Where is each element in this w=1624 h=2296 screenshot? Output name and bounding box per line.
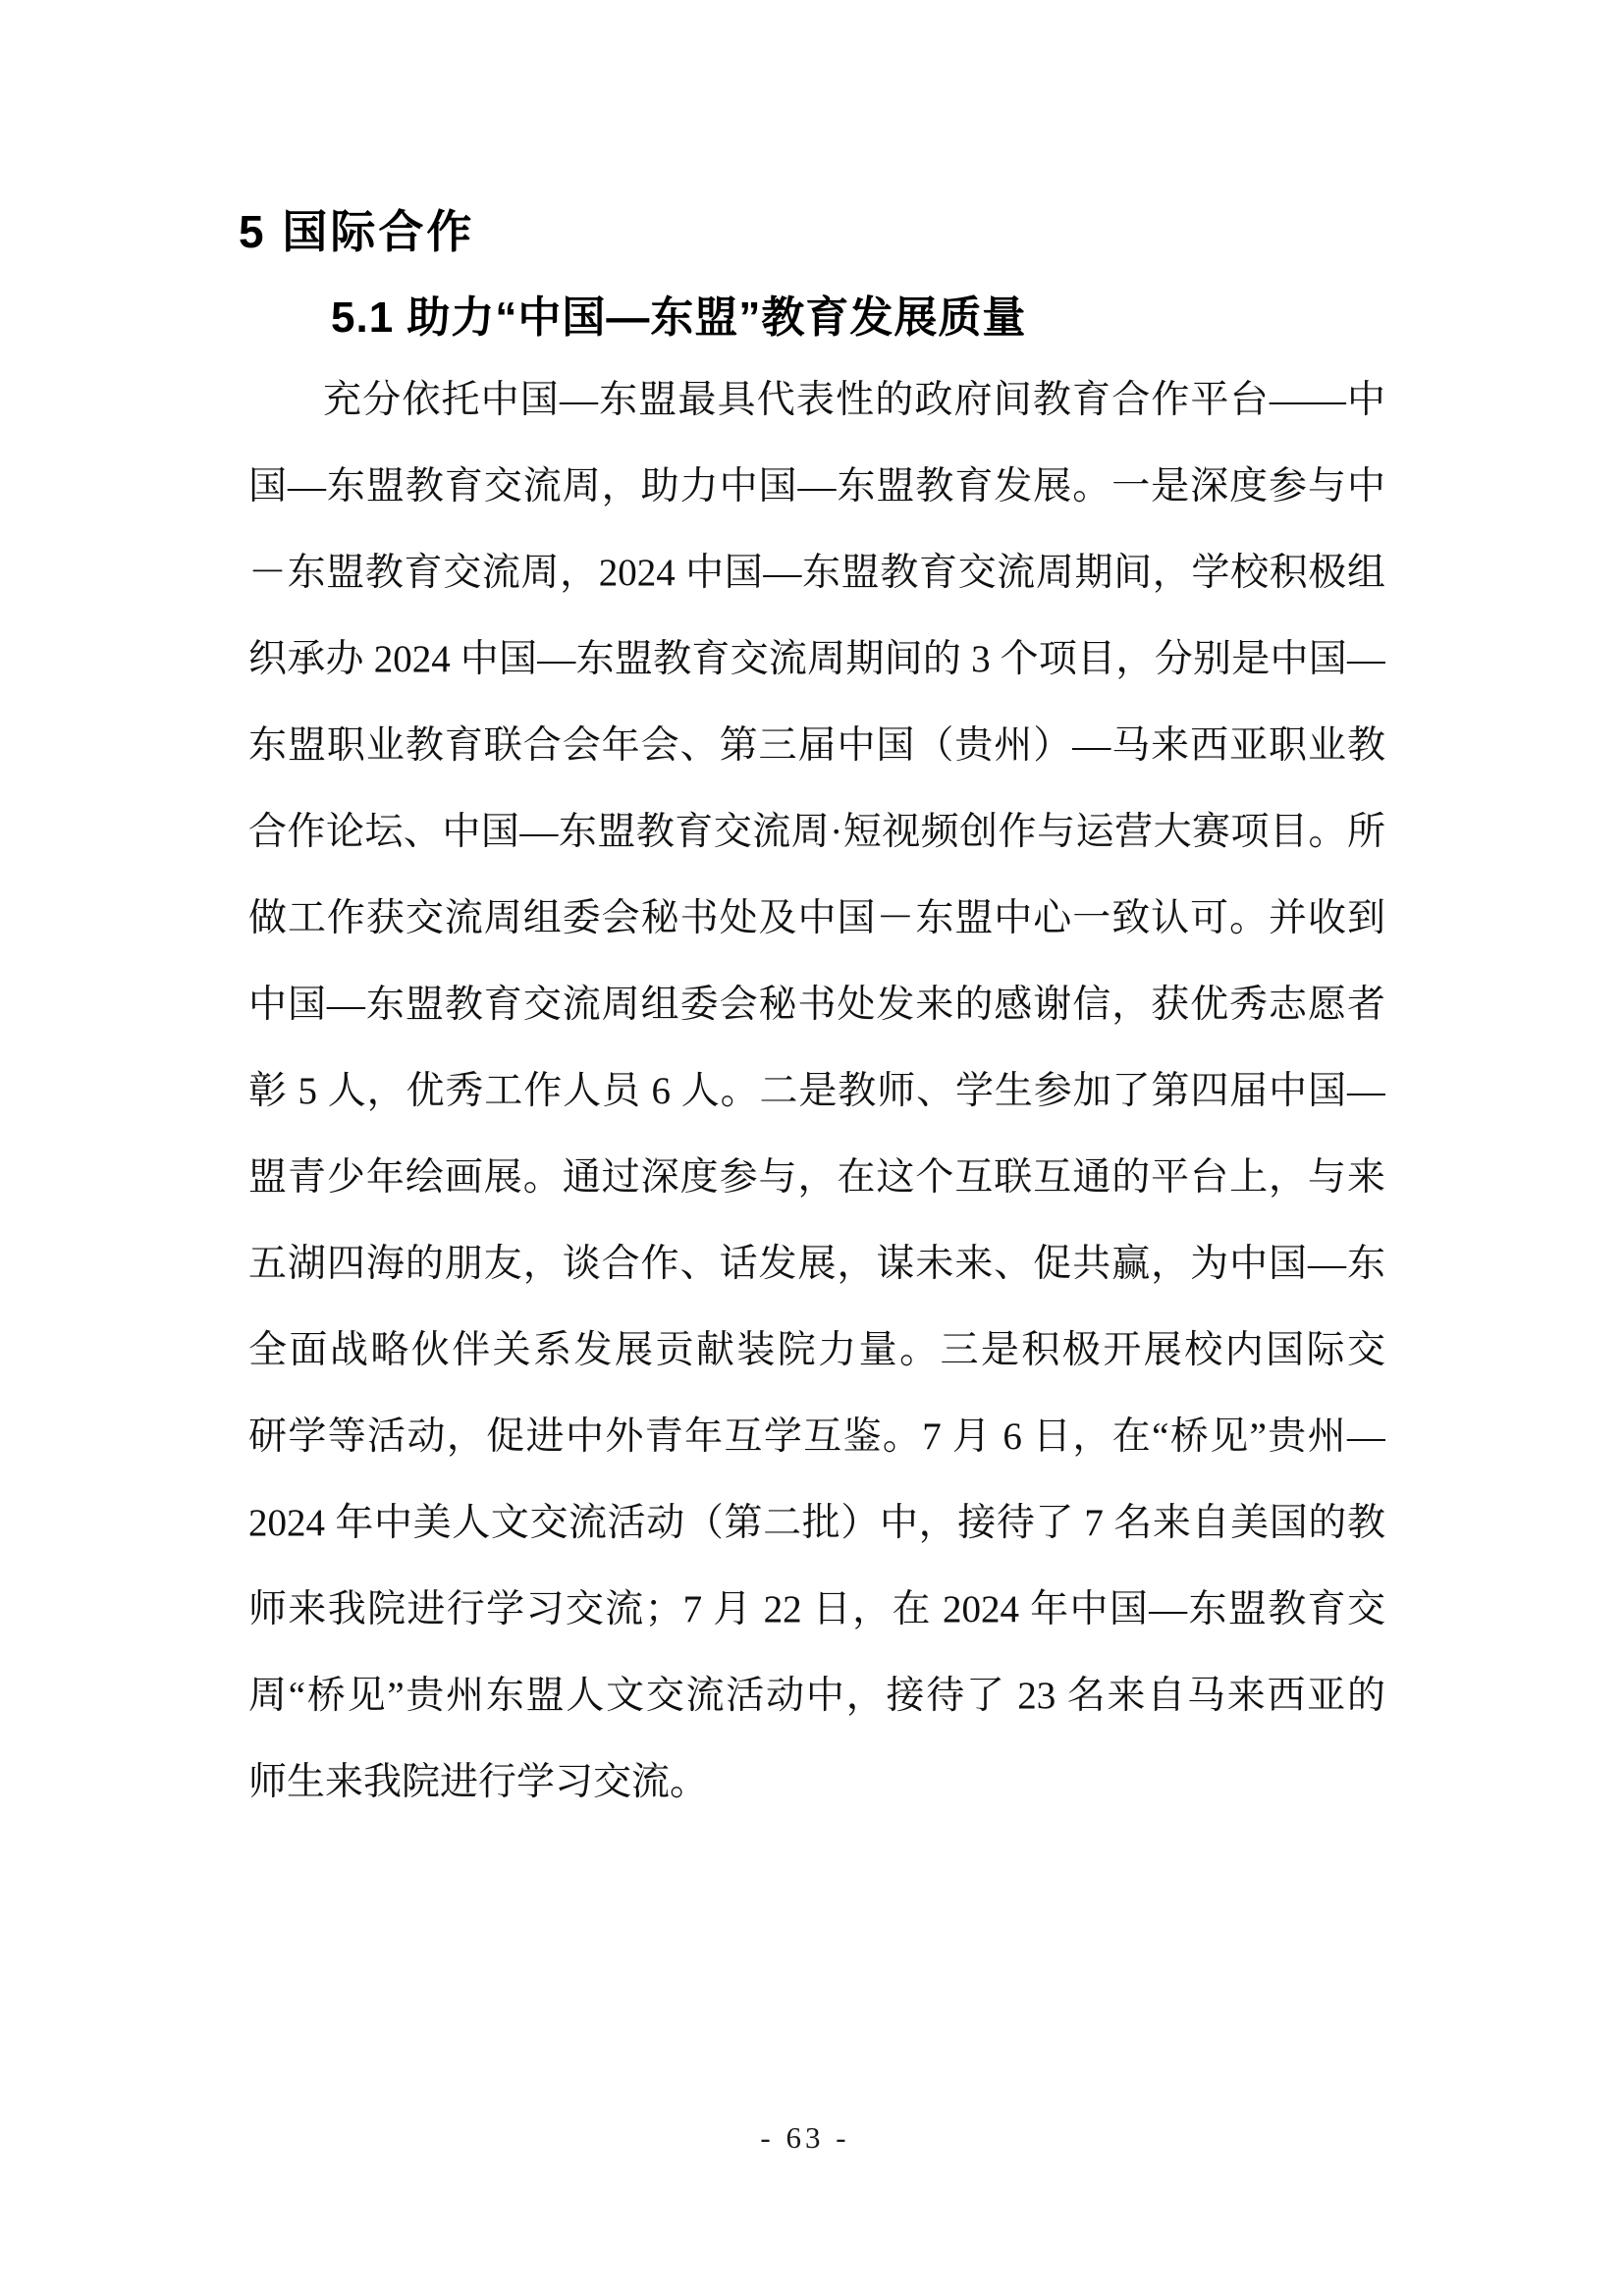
paragraph-line: 做工作获交流周组委会秘书处及中国－东盟中心一致认可。并收到由 bbox=[248, 876, 1385, 962]
paragraph-line: 东盟职业教育联合会年会、第三届中国（贵州）—马来西亚职业教育 bbox=[248, 703, 1385, 789]
paragraph-line: 师来我院进行学习交流；7 月 22 日，在 2024 年中国—东盟教育交流 bbox=[248, 1567, 1385, 1653]
paragraph-line: 合作论坛、中国—东盟教育交流周·短视频创作与运营大赛项目。所 bbox=[248, 789, 1385, 876]
paragraph-line: 充分依托中国—东盟最具代表性的政府间教育合作平台——中 bbox=[248, 357, 1385, 444]
paragraph-line: 五湖四海的朋友，谈合作、话发展，谋未来、促共赢，为中国—东盟 bbox=[248, 1221, 1385, 1308]
paragraph-line: 2024 年中美人文交流活动（第二批）中，接待了 7 名来自美国的教 bbox=[248, 1480, 1385, 1567]
paragraph-line: 国—东盟教育交流周，助力中国—东盟教育发展。一是深度参与中国 bbox=[248, 444, 1385, 530]
section-heading: 5 国际合作 bbox=[239, 206, 474, 257]
paragraph-line: 研学等活动，促进中外青年互学互鉴。7 月 6 日，在“桥见”贵州— bbox=[248, 1394, 1385, 1480]
paragraph-line: 彰 5 人，优秀工作人员 6 人。二是教师、学生参加了第四届中国—东 bbox=[248, 1048, 1385, 1135]
paragraph-line: 中国—东盟教育交流周组委会秘书处发来的感谢信，获优秀志愿者表 bbox=[248, 962, 1385, 1048]
paragraph-line: 盟青少年绘画展。通过深度参与，在这个互联互通的平台上，与来自 bbox=[248, 1135, 1385, 1221]
paragraph-line: 织承办 2024 中国—东盟教育交流周期间的 3 个项目，分别是中国— bbox=[248, 616, 1385, 703]
paragraph-line: 周“桥见”贵州东盟人文交流活动中，接待了 23 名来自马来西亚的 bbox=[248, 1653, 1385, 1739]
paragraph-line: 全面战略伙伴关系发展贡献装院力量。三是积极开展校内国际交流、 bbox=[248, 1308, 1385, 1394]
paragraph-line: －东盟教育交流周，2024 中国—东盟教育交流周期间，学校积极组 bbox=[248, 530, 1385, 616]
subsection-heading: 5.1 助力“中国—东盟”教育发展质量 bbox=[331, 291, 1026, 346]
page-number: - 63 - bbox=[0, 2120, 1610, 2156]
document-page: 5 国际合作 5.1 助力“中国—东盟”教育发展质量 充分依托中国—东盟最具代表… bbox=[0, 0, 1624, 2296]
paragraph-line: 师生来我院进行学习交流。 bbox=[248, 1739, 1385, 1826]
body-paragraph: 充分依托中国—东盟最具代表性的政府间教育合作平台——中国—东盟教育交流周，助力中… bbox=[248, 357, 1385, 1826]
